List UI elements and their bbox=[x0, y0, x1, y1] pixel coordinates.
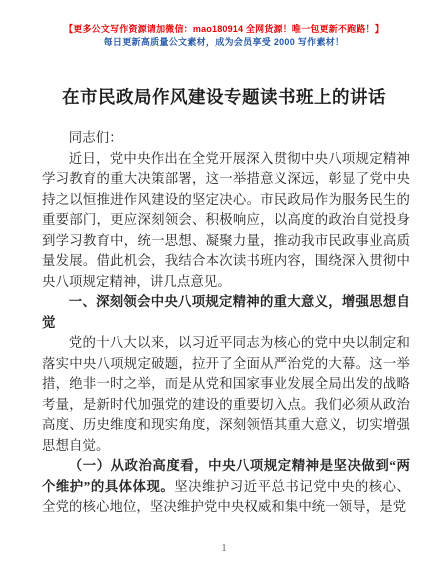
document-title: 在市民政局作风建设专题读书班上的讲话 bbox=[0, 84, 448, 109]
paragraph: 近日，党中央作出在全党开展深入贯彻中央八项规定精神学习教育的重大决策部署，这一举… bbox=[42, 149, 410, 293]
paragraph-lead-bold: （一）从政治高度看，中央八项规定精神是坚决做到“两个维护”的具体体现。 bbox=[42, 458, 410, 494]
document-page: 【更多公文写作资源请加微信：mao180914 全网货源！唯一包更新不跑路！】 … bbox=[0, 0, 448, 580]
promo-header: 【更多公文写作资源请加微信：mao180914 全网货源！唯一包更新不跑路！】 … bbox=[0, 0, 448, 49]
promo-header-line1: 【更多公文写作资源请加微信：mao180914 全网货源！唯一包更新不跑路！】 bbox=[0, 23, 448, 36]
promo-header-line2: 每日更新高质量公文素材，成为会员享受 2000 写作素材！ bbox=[0, 36, 448, 49]
section-heading: 一、深刻领会中央八项规定精神的重大意义，增强思想自觉 bbox=[42, 292, 410, 333]
page-number: 1 bbox=[0, 543, 448, 554]
document-body: 同志们：近日，党中央作出在全党开展深入贯彻中央八项规定精神学习教育的重大决策部署… bbox=[42, 128, 410, 518]
paragraph: 同志们： bbox=[42, 128, 410, 149]
paragraph: 党的十八大以来，以习近平同志为核心的党中央以制定和落实中央八项规定破题，拉开了全… bbox=[42, 333, 410, 456]
paragraph: （一）从政治高度看，中央八项规定精神是坚决做到“两个维护”的具体体现。坚决维护习… bbox=[42, 456, 410, 518]
